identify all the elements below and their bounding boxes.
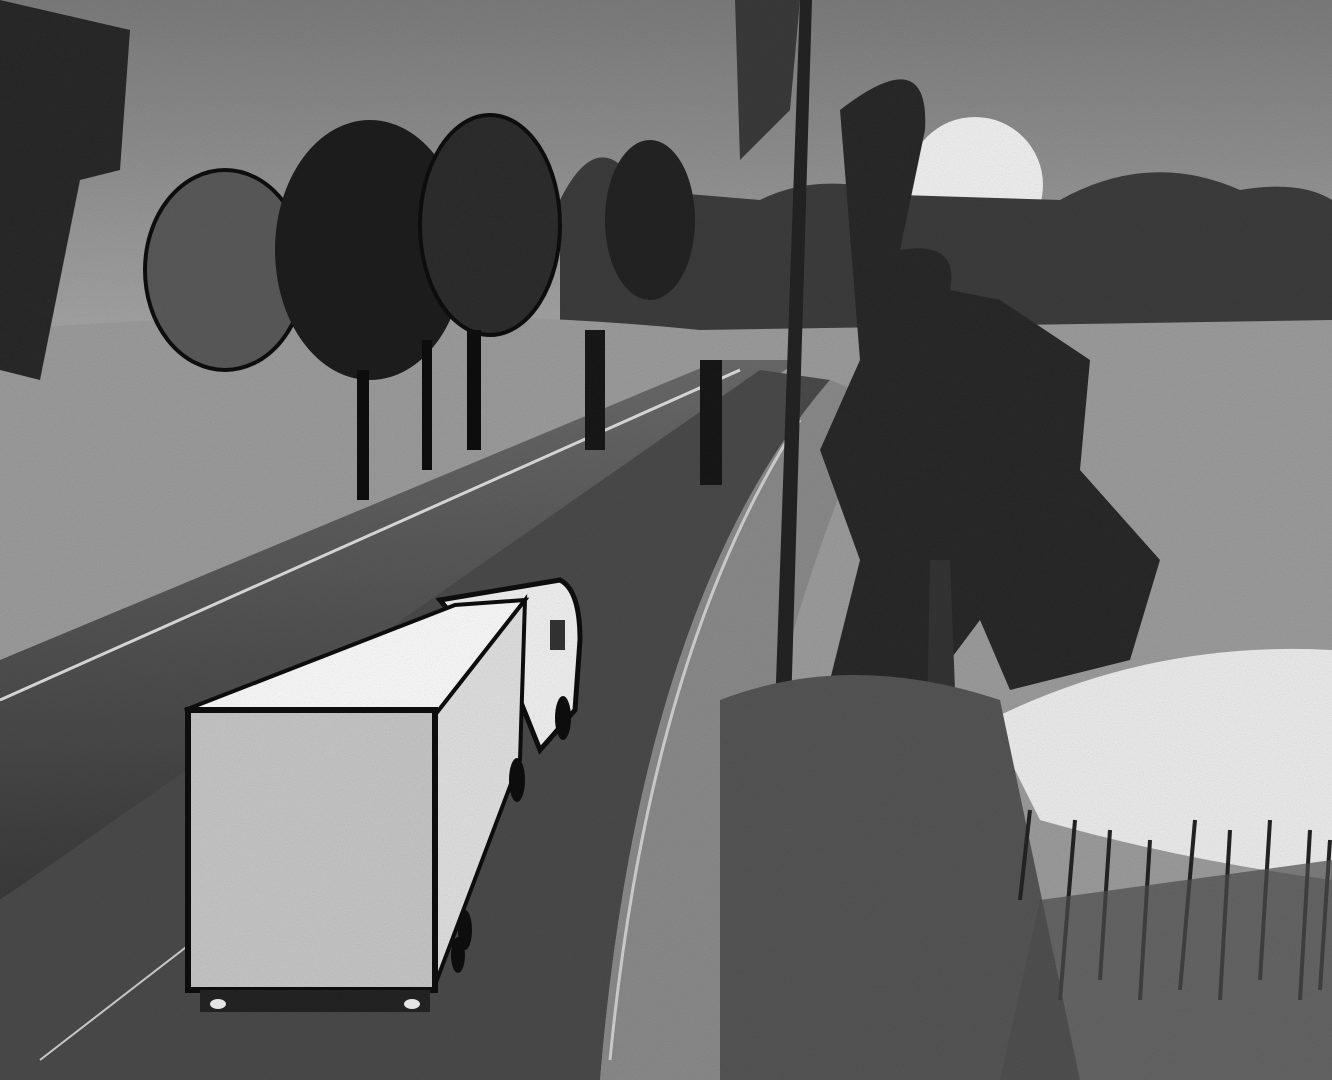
trailer-rear [188,710,435,990]
sketch-scene [0,0,1332,1080]
